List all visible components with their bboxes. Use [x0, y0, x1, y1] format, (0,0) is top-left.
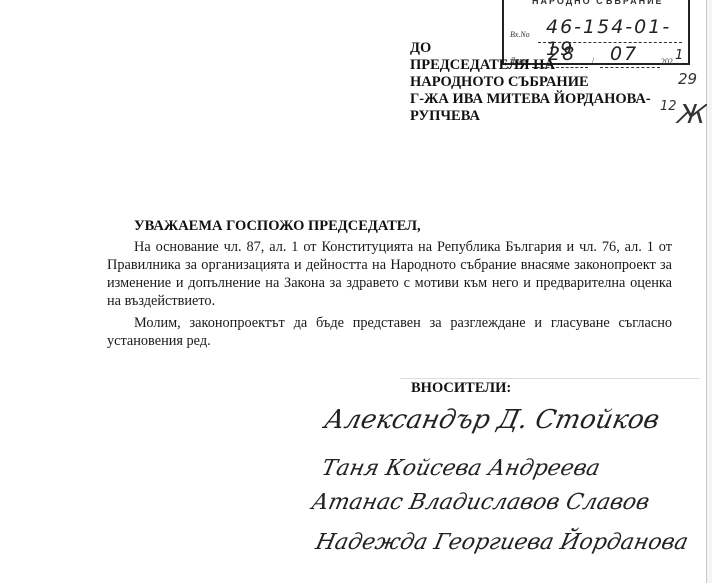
- paragraph-2-text: Молим, законопроектът да бъде представен…: [107, 315, 672, 349]
- signature: Атанас Владиславов Славов: [309, 490, 651, 515]
- margin-note-number: 29: [678, 70, 697, 88]
- signature: Таня Койсева Андреева: [319, 456, 602, 481]
- signers-heading: ВНОСИТЕЛИ:: [411, 380, 511, 397]
- greeting: УВАЖАЕМА ГОСПОЖО ПРЕДСЕДАТЕЛ,: [134, 218, 421, 235]
- addressee-line: ПРЕДСЕДАТЕЛЯ НА: [410, 57, 651, 74]
- incoming-number-label: Вх.No: [510, 30, 530, 39]
- margin-note-small: 12: [660, 99, 677, 114]
- signature: Надежда Георгиева Йорданова: [313, 530, 690, 555]
- margin-resolution-mark: Ж: [675, 100, 708, 130]
- stamp-header: НАРОДНО СЪБРАНИЕ: [532, 0, 664, 6]
- addressee-line: ДО: [410, 40, 651, 57]
- signature: Александър Д. Стойков: [322, 405, 662, 435]
- date-year-suffix: 1: [675, 48, 685, 63]
- document-page: НАРОДНО СЪБРАНИЕ Вх.No 46-154-01-19 Дата…: [0, 0, 707, 583]
- paragraph-2: Молим, законопроектът да бъде представен…: [107, 314, 672, 350]
- addressee-line: НАРОДНОТО СЪБРАНИЕ: [410, 74, 651, 91]
- page-edge: [707, 0, 712, 583]
- paragraph-1: На основание чл. 87, ал. 1 от Конституци…: [107, 238, 672, 310]
- date-year-prefix: 202: [661, 57, 673, 66]
- addressee-line: РУПЧЕВА: [410, 108, 651, 125]
- addressee-block: ДО ПРЕДСЕДАТЕЛЯ НА НАРОДНОТО СЪБРАНИЕ Г-…: [410, 40, 651, 125]
- paragraph-1-text: На основание чл. 87, ал. 1 от Конституци…: [107, 239, 672, 309]
- addressee-line: Г-ЖА ИВА МИТЕВА ЙОРДАНОВА-: [410, 91, 651, 108]
- scan-artifact-line: [400, 378, 700, 379]
